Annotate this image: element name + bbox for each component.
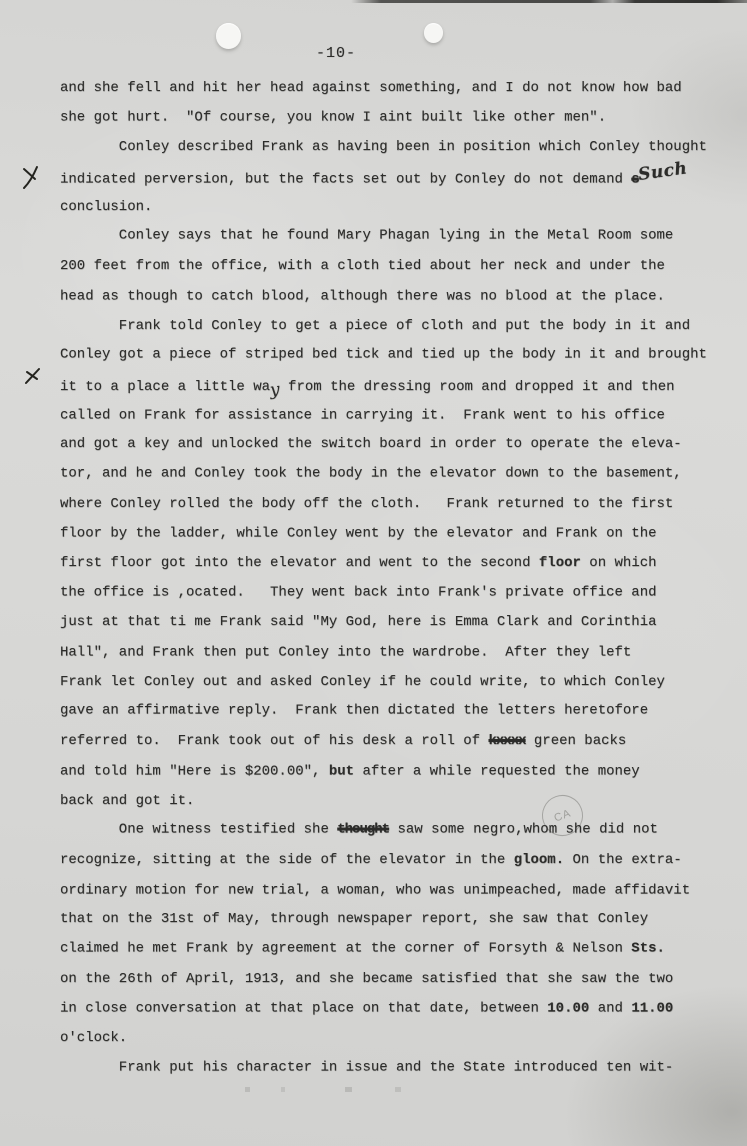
document-line: conclusion. <box>60 193 746 223</box>
scanned-document-page: { "page": { "number_label": "-10-", "col… <box>0 0 747 1146</box>
typed-text: o'clock. <box>60 1030 127 1046</box>
document-line: it to a place a little way from the dres… <box>60 371 746 401</box>
typed-text-overstruck: 11.00 <box>631 1001 673 1017</box>
typed-text: and got a key and unlocked the switch bo… <box>60 436 682 452</box>
document-line: just at that ti me Frank said "My God, h… <box>60 608 746 638</box>
typed-text: referred to. Frank took out of his desk … <box>60 733 488 749</box>
typed-text: On the extra- <box>564 852 682 868</box>
document-line: in close conversation at that place on t… <box>60 995 746 1025</box>
document-line: first floor got into the elevator and we… <box>60 549 746 579</box>
bleed-through-marks <box>245 1087 475 1092</box>
typed-text: and she fell and hit her head against so… <box>60 80 682 96</box>
document-line: and told him "Here is $200.00", but afte… <box>60 757 746 787</box>
document-line: and she fell and hit her head against so… <box>60 74 746 104</box>
handwritten-y-mark-icon <box>20 164 44 197</box>
document-line: ordinary motion for new trial, a woman, … <box>60 876 746 906</box>
typed-text: where Conley rolled the body off the clo… <box>60 496 673 512</box>
typed-text: Frank put his character in issue and the… <box>60 1059 673 1075</box>
document-line: 200 feet from the office, with a cloth t… <box>60 252 746 282</box>
typed-text-overstruck: 10.00 <box>547 1001 589 1017</box>
typed-text: after a while requested the money <box>354 763 640 779</box>
typed-text: indicated perversion, but the facts set … <box>60 172 631 188</box>
typed-text: gave an affirmative reply. Frank then di… <box>60 703 648 719</box>
typed-text: claimed he met Frank by agreement at the… <box>60 940 631 956</box>
typed-text-overstruck: gloom. <box>514 852 564 868</box>
document-line: Hall", and Frank then put Conley into th… <box>60 639 746 669</box>
document-line: head as though to catch blood, although … <box>60 282 746 312</box>
typed-text: green backs <box>526 733 627 749</box>
typed-text: Conley says that he found Mary Phagan ly… <box>60 228 673 244</box>
document-line: called on Frank for assistance in carryi… <box>60 401 746 431</box>
typed-text: it to a place a little wa <box>60 379 270 395</box>
document-line: she got hurt. "Of course, you know I ain… <box>60 103 746 133</box>
typed-text-overstruck: but <box>329 763 354 779</box>
document-line: on the 26th of April, 1913, and she beca… <box>60 965 746 995</box>
document-line: Conley got a piece of striped bed tick a… <box>60 341 746 371</box>
typed-text: she got hurt. "Of course, you know I ain… <box>60 109 606 125</box>
typed-text: first floor got into the elevator and we… <box>60 555 539 571</box>
typed-text: saw some negro,whom she did not <box>389 822 658 838</box>
typed-text-overstruck: Sts. <box>631 940 665 956</box>
typed-text: recognize, sitting at the side of the el… <box>60 852 514 868</box>
struck-text: thought <box>337 822 389 838</box>
typed-text: just at that ti me Frank said "My God, h… <box>60 614 657 630</box>
typed-text: that on the 31st of May, through newspap… <box>60 911 648 927</box>
document-line: floor by the ladder, while Conley went b… <box>60 520 746 550</box>
document-line: Frank put his character in issue and the… <box>60 1053 746 1083</box>
document-line: o'clock. <box>60 1024 746 1054</box>
document-line: recognize, sitting at the side of the el… <box>60 846 746 876</box>
document-line: the office is ,ocated. They went back in… <box>60 578 746 608</box>
scan-edge-shadow <box>0 0 747 3</box>
document-line: that on the 31st of May, through newspap… <box>60 905 746 935</box>
document-text-block: and she fell and hit her head against so… <box>60 74 746 1083</box>
document-line: tor, and he and Conley took the body in … <box>60 459 746 489</box>
typed-text: Frank told Conley to get a piece of clot… <box>60 318 690 334</box>
typed-text: and <box>589 1001 631 1017</box>
document-line: referred to. Frank took out of his desk … <box>60 727 746 757</box>
document-line: and got a key and unlocked the switch bo… <box>60 430 746 460</box>
document-line: Frank let Conley out and asked Conley if… <box>60 668 746 698</box>
typed-text: in close conversation at that place on t… <box>60 1001 547 1017</box>
document-line: indicated perversion, but the facts set … <box>60 164 746 194</box>
handwritten-text: Such <box>636 154 689 190</box>
typed-text: Hall", and Frank then put Conley into th… <box>60 645 631 661</box>
document-line: One witness testified she thought saw so… <box>60 816 746 846</box>
typed-text: ordinary motion for new trial, a woman, … <box>60 882 690 898</box>
typed-text: on which <box>581 555 657 571</box>
typed-text: floor by the ladder, while Conley went b… <box>60 526 657 542</box>
typed-text: from the dressing room and dropped it an… <box>280 379 675 395</box>
typed-text: and told him "Here is $200.00", <box>60 763 329 779</box>
typed-text: Frank let Conley out and asked Conley if… <box>60 674 665 690</box>
typed-text: Conley got a piece of striped bed tick a… <box>60 347 707 363</box>
page-number: -10- <box>0 45 672 62</box>
document-line: back and got it. <box>60 787 746 817</box>
typed-text: on the 26th of April, 1913, and she beca… <box>60 971 673 987</box>
typed-text: One witness testified she <box>60 822 337 838</box>
document-line: Conley described Frank as having been in… <box>60 133 746 163</box>
document-line: Conley says that he found Mary Phagan ly… <box>60 222 746 252</box>
typed-text: tor, and he and Conley took the body in … <box>60 465 682 481</box>
document-line: Frank told Conley to get a piece of clot… <box>60 312 746 342</box>
typed-text: 200 feet from the office, with a cloth t… <box>60 258 665 274</box>
typed-text: head as though to catch blood, although … <box>60 288 665 304</box>
struck-text: kxxxx <box>488 733 525 749</box>
typed-text: Conley described Frank as having been in… <box>60 139 707 155</box>
typed-text: called on Frank for assistance in carryi… <box>60 407 665 423</box>
typed-text: back and got it. <box>60 793 194 809</box>
typed-text: conclusion. <box>60 199 152 215</box>
punch-hole-icon <box>424 23 443 43</box>
document-line: where Conley rolled the body off the clo… <box>60 490 746 520</box>
document-line: claimed he met Frank by agreement at the… <box>60 934 746 964</box>
typed-text: the office is ,ocated. They went back in… <box>60 584 657 600</box>
typed-text-overstruck: floor <box>539 555 581 571</box>
document-line: gave an affirmative reply. Frank then di… <box>60 697 746 727</box>
handwritten-x-mark-icon <box>23 366 43 393</box>
